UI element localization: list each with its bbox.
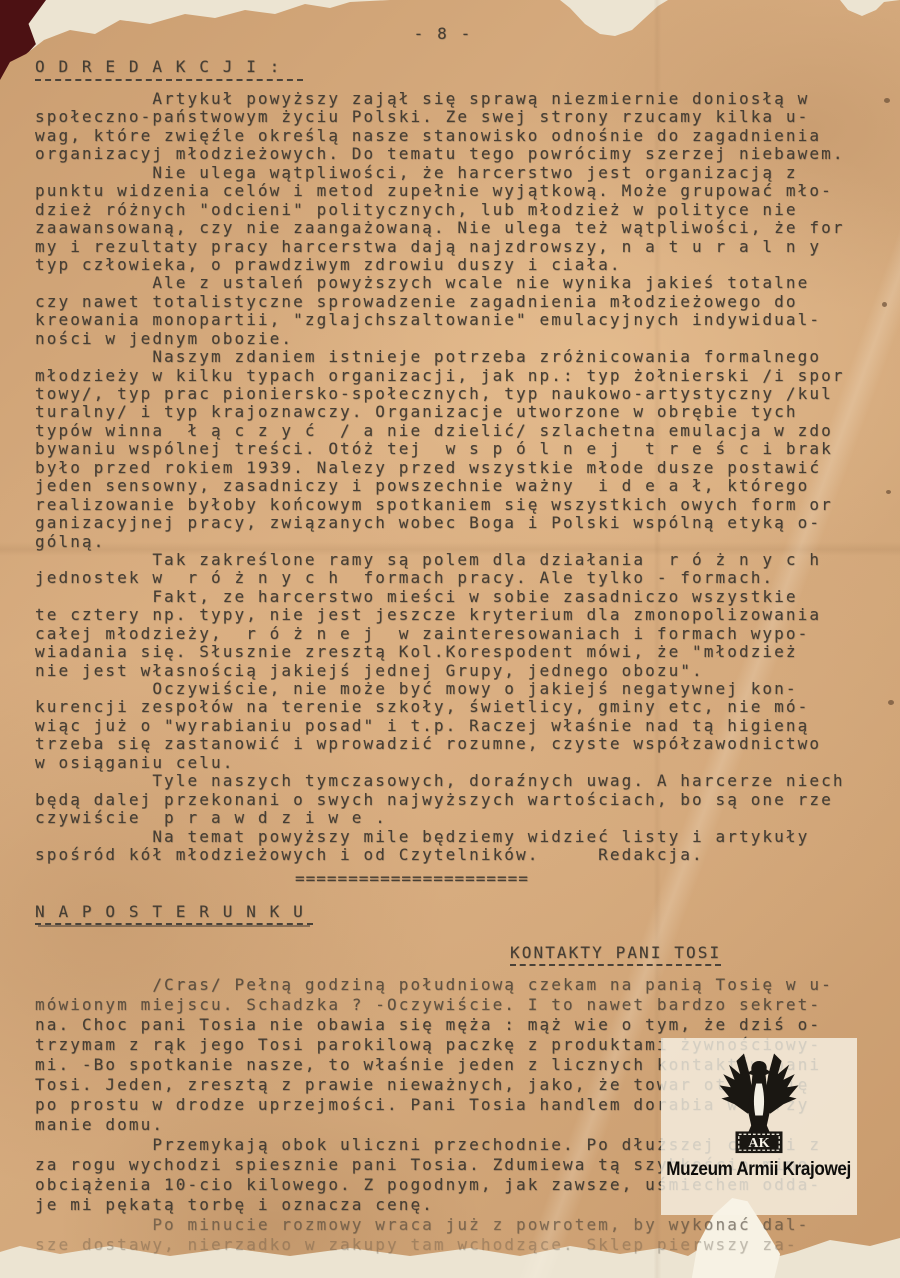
museum-label: Muzeum Armii Krajowej [667, 1159, 852, 1181]
text-line: Tyle naszych tymczasowych, doraźnych uwa… [35, 772, 891, 790]
text-line: społeczno-państwowym życiu Polski. Ze sw… [35, 108, 891, 126]
editorial-paragraph: Nie ulega wątpliwości, że harcerstwo jes… [35, 164, 891, 275]
text-line: organizacyj młodzieżowych. Do tematu teg… [35, 145, 891, 163]
text-line: realizowanie byłoby końcowym spotkaniem … [35, 496, 891, 514]
text-line: w osiąganiu celu. [35, 754, 891, 772]
text-line: całej młodzieży, r ó ż n e j w zainteres… [35, 625, 891, 643]
typographic-divider: ====================== [35, 869, 891, 888]
ak-eagle-icon: AK [712, 1042, 806, 1157]
text-line: zaawansowaną, czy nie zaangażowaną. Nie … [35, 219, 891, 237]
text-line: dzież różnych "odcieni" politycznych, lu… [35, 201, 891, 219]
na-posterunku-heading: N A P O S T E R U N K U [35, 902, 313, 925]
editorial-paragraph: Na temat powyższy mile będziemy widzieć … [35, 828, 891, 865]
text-line: Oczywiście, nie może być mowy o jakiejś … [35, 680, 891, 698]
text-line: my i rezultaty pracy harcerstwa dają naj… [35, 238, 891, 256]
text-line: typ człowieka, o prawdziwym zdrowiu dusz… [35, 256, 891, 274]
editorial-paragraph: Oczywiście, nie może być mowy o jakiejś … [35, 680, 891, 772]
text-line: trzeba się zastanowić i wprowadzić rozum… [35, 735, 891, 753]
text-line: Artykuł powyższy zajął się sprawą niezmi… [35, 90, 891, 108]
editorial-paragraph: Ale z ustaleń powyższych wcale nie wynik… [35, 274, 891, 348]
text-line: wiadania się. Słusznie zresztą Kol.Kores… [35, 643, 891, 661]
page-number: - 8 - [35, 24, 891, 44]
text-line: turalny/ i typ krajoznawczy. Organizacje… [35, 403, 891, 421]
text-line: /Cras/ Pełną godziną południową czekam n… [35, 975, 891, 995]
article-paragraph: Po minucie rozmowy wraca już z powrotem,… [35, 1215, 891, 1255]
text-line: czy nawet totalistyczne sprowadzenie zag… [35, 293, 891, 311]
text-line: sze dostawy, nierzadko w zakupy tam wcho… [35, 1235, 891, 1255]
text-line: Fakt, ze harcerstwo mieści w sobie zasad… [35, 588, 891, 606]
editorial-paragraph: Tak zakreślone ramy są polem dla działan… [35, 551, 891, 588]
text-line: jeden sensowny, zasadniczy i powszechnie… [35, 477, 891, 495]
article-title-row: KONTAKTY PANI TOSI [35, 943, 891, 971]
text-line: punktu widzenia celów i metod zupełnie w… [35, 182, 891, 200]
text-line: wag, które zwięźle określą nasze stanowi… [35, 127, 891, 145]
section-heading-row: O D R E D A K C J I : [35, 57, 891, 83]
editorial-heading: O D R E D A K C J I : [35, 57, 303, 81]
text-line: ności w jednym obozie. [35, 330, 891, 348]
editorial-paragraph: Fakt, ze harcerstwo mieści w sobie zasad… [35, 588, 891, 680]
text-line: kreowania monopartii, "zglajchszaltowani… [35, 311, 891, 329]
editorial-section: Artykuł powyższy zajął się sprawą niezmi… [35, 90, 891, 864]
text-line: typów winna ł ą c z y ć / a nie dzielić/… [35, 422, 891, 440]
text-line: Ale z ustaleń powyższych wcale nie wynik… [35, 274, 891, 292]
text-line: będą dalej przekonani o swych najwyższyc… [35, 791, 891, 809]
text-line: wiąc już o "wyrabianiu posad" i t.p. Rac… [35, 717, 891, 735]
ak-initials: AK [748, 1135, 769, 1151]
article-title: KONTAKTY PANI TOSI [510, 943, 721, 966]
text-line: czywiście p r a w d z i w e . [35, 809, 891, 827]
text-line: Po minucie rozmowy wraca już z powrotem,… [35, 1215, 891, 1235]
text-line: młodzieży w kilku typach organizacji, ja… [35, 367, 891, 385]
museum-watermark: AK Muzeum Armii Krajowej [661, 1038, 857, 1215]
text-line: mówionym miejscu. Schadzka ? -Oczywiście… [35, 995, 891, 1015]
column-heading-row: N A P O S T E R U N K U [35, 902, 891, 932]
text-line: Na temat powyższy mile będziemy widzieć … [35, 828, 891, 846]
text-line: gólną. [35, 533, 891, 551]
editorial-paragraph: Naszym zdaniem istnieje potrzeba zróżnic… [35, 348, 891, 551]
text-line: te cztery np. typy, nie jest jeszcze kry… [35, 606, 891, 624]
text-line: kurencji zespołów na terenie szkoły, świ… [35, 698, 891, 716]
text-line: Naszym zdaniem istnieje potrzeba zróżnic… [35, 348, 891, 366]
scanned-document-page: - 8 - O D R E D A K C J I : Artykuł powy… [0, 0, 900, 1278]
editorial-paragraph: Tyle naszych tymczasowych, doraźnych uwa… [35, 772, 891, 827]
text-line: na. Choc pani Tosia nie obawia się męża … [35, 1015, 891, 1035]
text-line: towy/, typ prac pioniersko-społecznych, … [35, 385, 891, 403]
text-line: jednostek w r ó ż n y c h formach pracy.… [35, 569, 891, 587]
text-line: spośród kół młodzieżowych i od Czytelnik… [35, 846, 891, 864]
text-line: Nie ulega wątpliwości, że harcerstwo jes… [35, 164, 891, 182]
text-line: Tak zakreślone ramy są polem dla działan… [35, 551, 891, 569]
editorial-paragraph: Artykuł powyższy zajął się sprawą niezmi… [35, 90, 891, 164]
text-line: ganizacyjnej pracy, związanych wobec Bog… [35, 514, 891, 532]
text-line: bywaniu wspólnej treści. Otóż tej w s p … [35, 440, 891, 458]
text-line: było przed rokiem 1939. Nalezy przed wsz… [35, 459, 891, 477]
text-line: nie jest własnością jakiejś jednej Grupy… [35, 662, 891, 680]
